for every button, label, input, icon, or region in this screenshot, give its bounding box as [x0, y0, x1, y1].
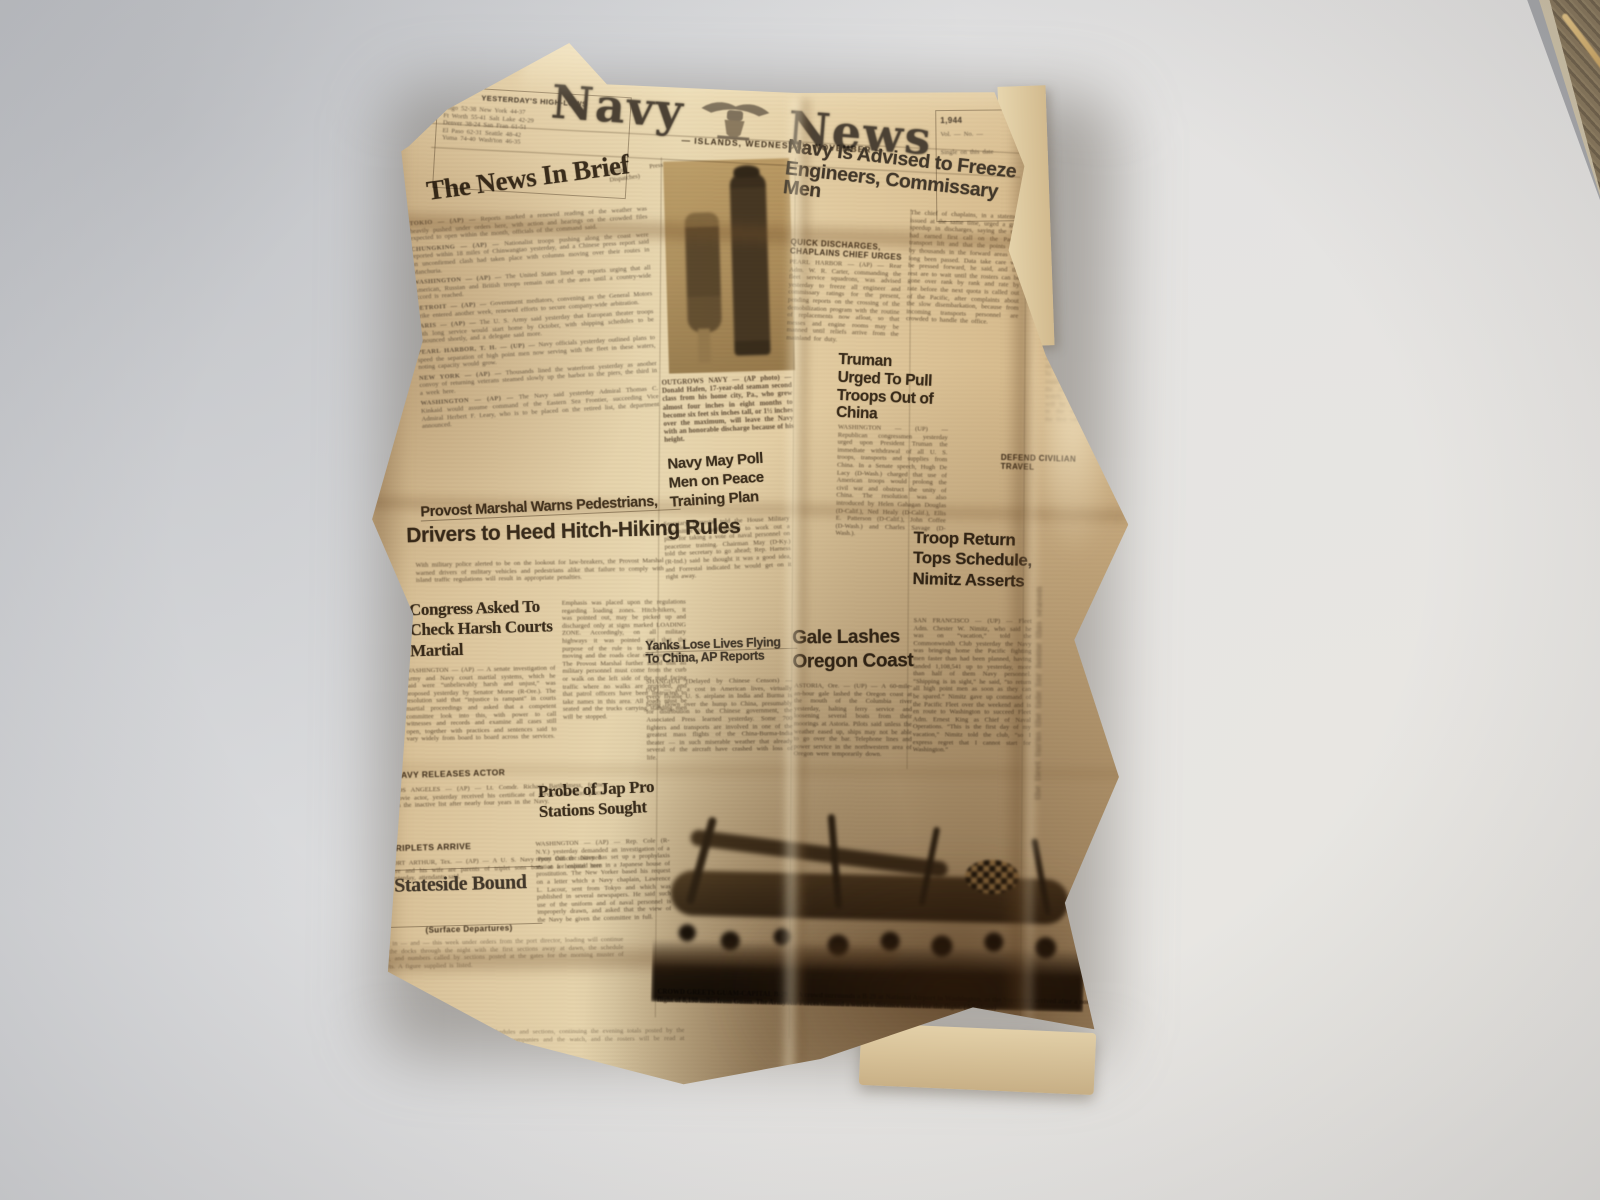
photo-woman-legs — [698, 328, 711, 362]
stateside-box: Stateside Bound — [379, 866, 543, 929]
troop-headline: Troop Return Tops Schedule, Nimitz Asser… — [912, 528, 1043, 592]
nameplate-left: Navy — [549, 74, 686, 138]
newspaper-sheet: Yesterday's High-Lows Chgo 52-38 New Yor… — [364, 35, 1131, 1092]
gale-headline: Gale Lashes Oregon Coast — [792, 625, 932, 674]
stateside-subhead: (Surface Departures) — [425, 923, 545, 935]
congress-headline: Congress Asked To Check Harsh Courts Mar… — [409, 596, 569, 662]
b29-photo — [651, 774, 1088, 1012]
photo-woman-figure — [685, 212, 722, 333]
caption-text: Donald Hafen, 17-year-old seaman second … — [662, 381, 794, 444]
photo-sailor-cap — [733, 165, 759, 178]
navy-poll-headline: Navy May Poll Men on Peace Training Plan — [667, 448, 794, 512]
photo-sailor-figure — [730, 173, 771, 356]
hitchhike-intro: With military police alerted to be on th… — [416, 557, 665, 600]
folded-edge-text: the fleet turns the tide for home this s… — [1034, 580, 1054, 800]
sailor-photo — [663, 158, 795, 373]
sailor-photo-caption: OUTGROWS NAVY — (AP photo) — Donald Hafe… — [661, 373, 794, 453]
truman-headline: Truman Urged To Pull Troops Out of China — [836, 351, 939, 426]
freeze-body-col-a: PEARL HARBOR — (AP) — Rear Adm. W. R. Ca… — [786, 258, 902, 351]
stateside-headline: Stateside Bound — [383, 873, 537, 897]
b29-checkered-nose — [965, 859, 1020, 894]
